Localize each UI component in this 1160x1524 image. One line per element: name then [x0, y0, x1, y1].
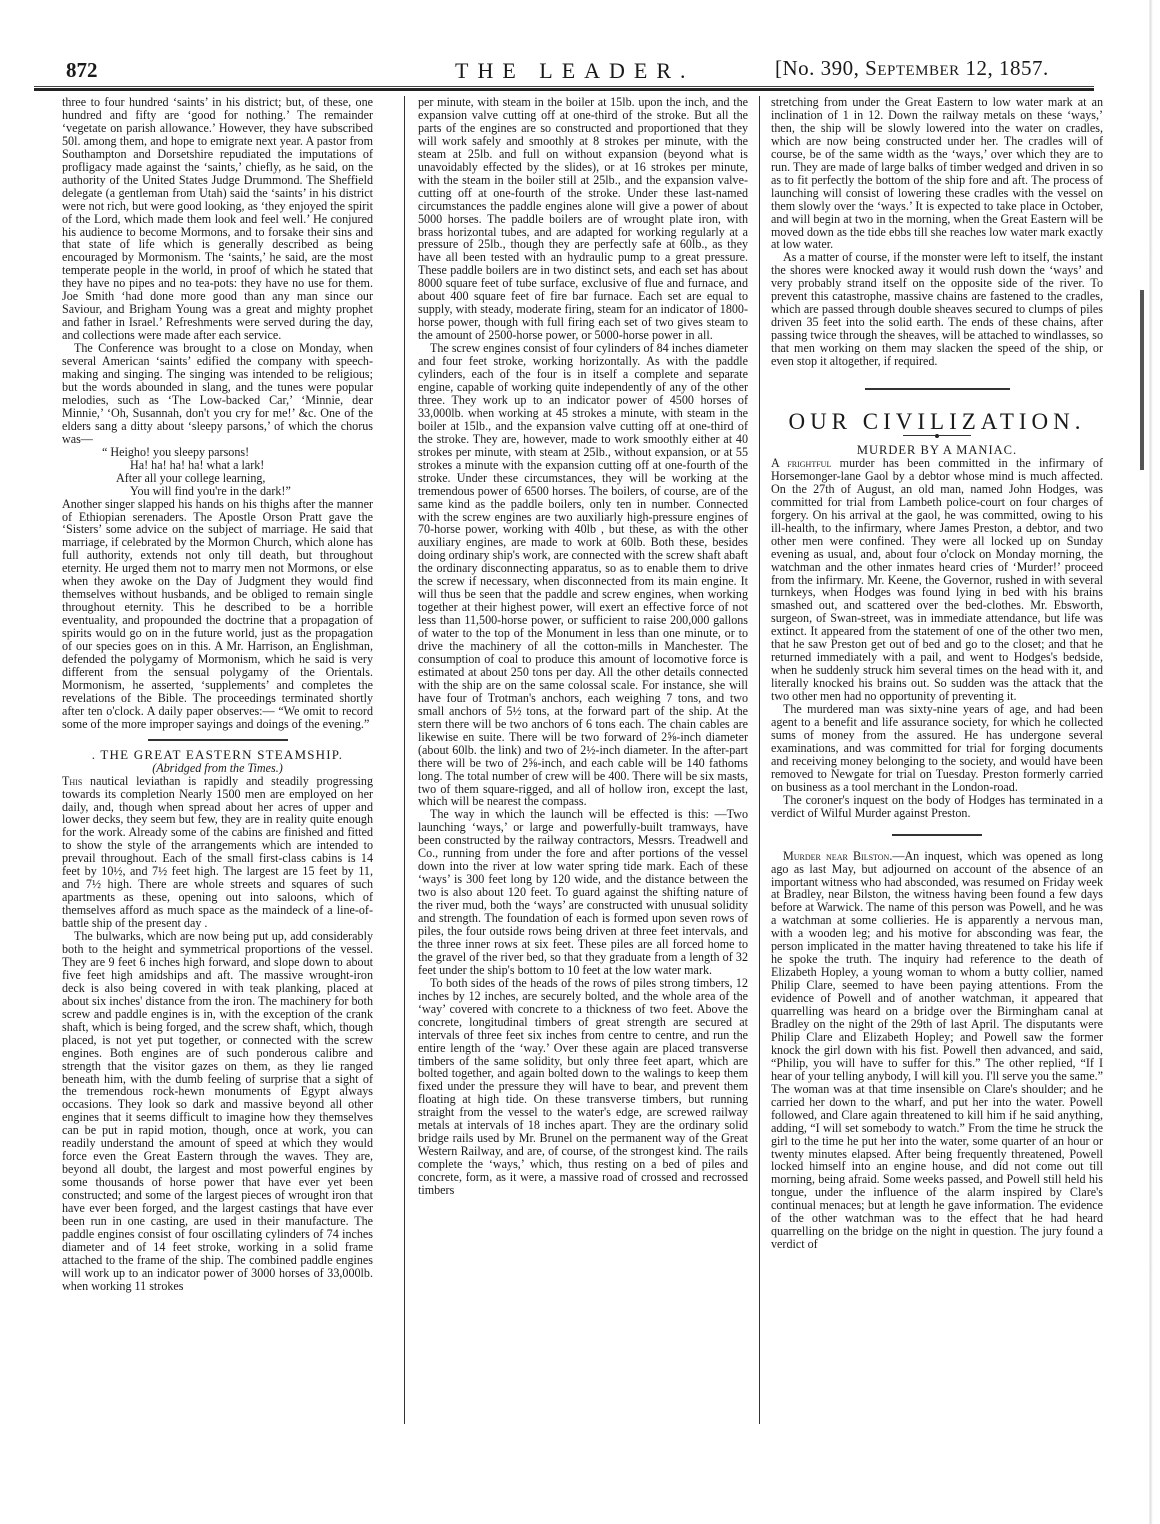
- section-title: OUR CIVILIZATION.: [771, 416, 1103, 429]
- page-number: 872: [66, 58, 98, 83]
- paragraph: The bulwarks, which are now being put up…: [62, 930, 373, 1293]
- paragraph: A frightful murder has been committed in…: [771, 457, 1103, 703]
- paragraph: The coroner's inquest on the body of Hod…: [771, 794, 1103, 820]
- article-headline: . THE GREAT EASTERN STEAMSHIP.: [62, 749, 373, 762]
- newspaper-title: THE LEADER.: [455, 58, 695, 84]
- column-1: three to four hundred ‘saints’ in his di…: [62, 96, 373, 1293]
- paragraph: The Conference was brought to a close on…: [62, 342, 373, 446]
- paragraph: The way in which the launch will be effe…: [418, 808, 748, 976]
- paragraph: three to four hundred ‘saints’ in his di…: [62, 96, 373, 342]
- paragraph: This nautical leviathan is rapidly and s…: [62, 775, 373, 930]
- column-2: per minute, with steam in the boiler at …: [418, 96, 748, 1197]
- paragraph: As a matter of course, if the monster we…: [771, 251, 1103, 368]
- paragraph: Another singer slapped his hands on his …: [62, 498, 373, 731]
- column-divider: [404, 96, 405, 1424]
- column-3: stretching from under the Great Eastern …: [771, 96, 1103, 1251]
- section-divider: [892, 834, 982, 836]
- column-divider: [759, 96, 760, 1424]
- page-edge: [1146, 0, 1154, 1524]
- binding-shadow: [1140, 290, 1144, 470]
- paragraph: Murder near Bilston.—An inquest, which w…: [771, 850, 1103, 1252]
- paragraph: To both sides of the heads of the rows o…: [418, 977, 748, 1197]
- paragraph: stretching from under the Great Eastern …: [771, 96, 1103, 251]
- issue-line: [No. 390, September 12, 1857.: [775, 56, 1049, 81]
- paragraph: The murdered man was sixty-nine years of…: [771, 703, 1103, 794]
- section-divider: [865, 388, 1010, 390]
- section-divider: [148, 739, 288, 741]
- masthead-rule: [34, 86, 1094, 91]
- paragraph: per minute, with steam in the boiler at …: [418, 96, 748, 342]
- paragraph: The screw engines consist of four cylind…: [418, 342, 748, 808]
- masthead: 872 THE LEADER. [No. 390, September 12, …: [40, 58, 1100, 88]
- verse-chorus: “ Heigho! you sleepy parsons! Ha! ha! ha…: [62, 446, 373, 498]
